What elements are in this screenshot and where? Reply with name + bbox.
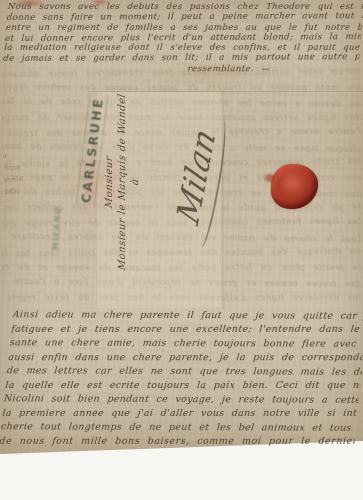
handwriting-line: Nicolini soit bien pendant ce voyage, je…	[3, 392, 359, 408]
margin-note-line: 1836	[5, 185, 46, 199]
handwriting-line: ressemblante. —	[2, 64, 359, 74]
handwriting-line: cherie tout longtemps de ne peut et les …	[0, 420, 356, 436]
handwriting-line: et lui donner encore plus l'ecrit d'un a…	[4, 32, 361, 44]
handwriting-line: de mes lettres car elles ne sont que tre…	[6, 364, 362, 380]
letter-text-bottom: Ainsi adieu ma chere parente il faut que…	[0, 309, 363, 449]
handwriting-line: sante une chere amie, mais cherie toujou…	[9, 336, 363, 352]
address-line: Monsieur le Marquis de Wandel	[116, 81, 129, 283]
address-line: Monsieur	[103, 81, 116, 283]
handwriting-line: fatiguee et je tiens encore une excellen…	[10, 323, 363, 337]
handwriting-line: la quelle elle est ecrite toujours la pa…	[5, 379, 361, 393]
letter-scan: mirum inter scripta manus versa folia tr…	[0, 0, 363, 500]
handwriting-line: aussi enfin dans une chere parente, je l…	[7, 351, 363, 365]
address-line: à	[129, 81, 142, 283]
letter-text-top: Nous savons avec les debuts des passions…	[2, 2, 363, 74]
address-block: MonsieurMonsieur le Marquis de Wandelà	[103, 82, 173, 282]
margin-notes: àreçueavril 61836	[3, 149, 45, 199]
handwriting-line: Ainsi adieu ma chere parente il faut que…	[12, 308, 363, 324]
handwriting-line: la premiere annee que j'ai d'aller vous …	[2, 407, 358, 421]
handwriting-line: de nous font mille bons baisers, comme m…	[0, 435, 355, 449]
